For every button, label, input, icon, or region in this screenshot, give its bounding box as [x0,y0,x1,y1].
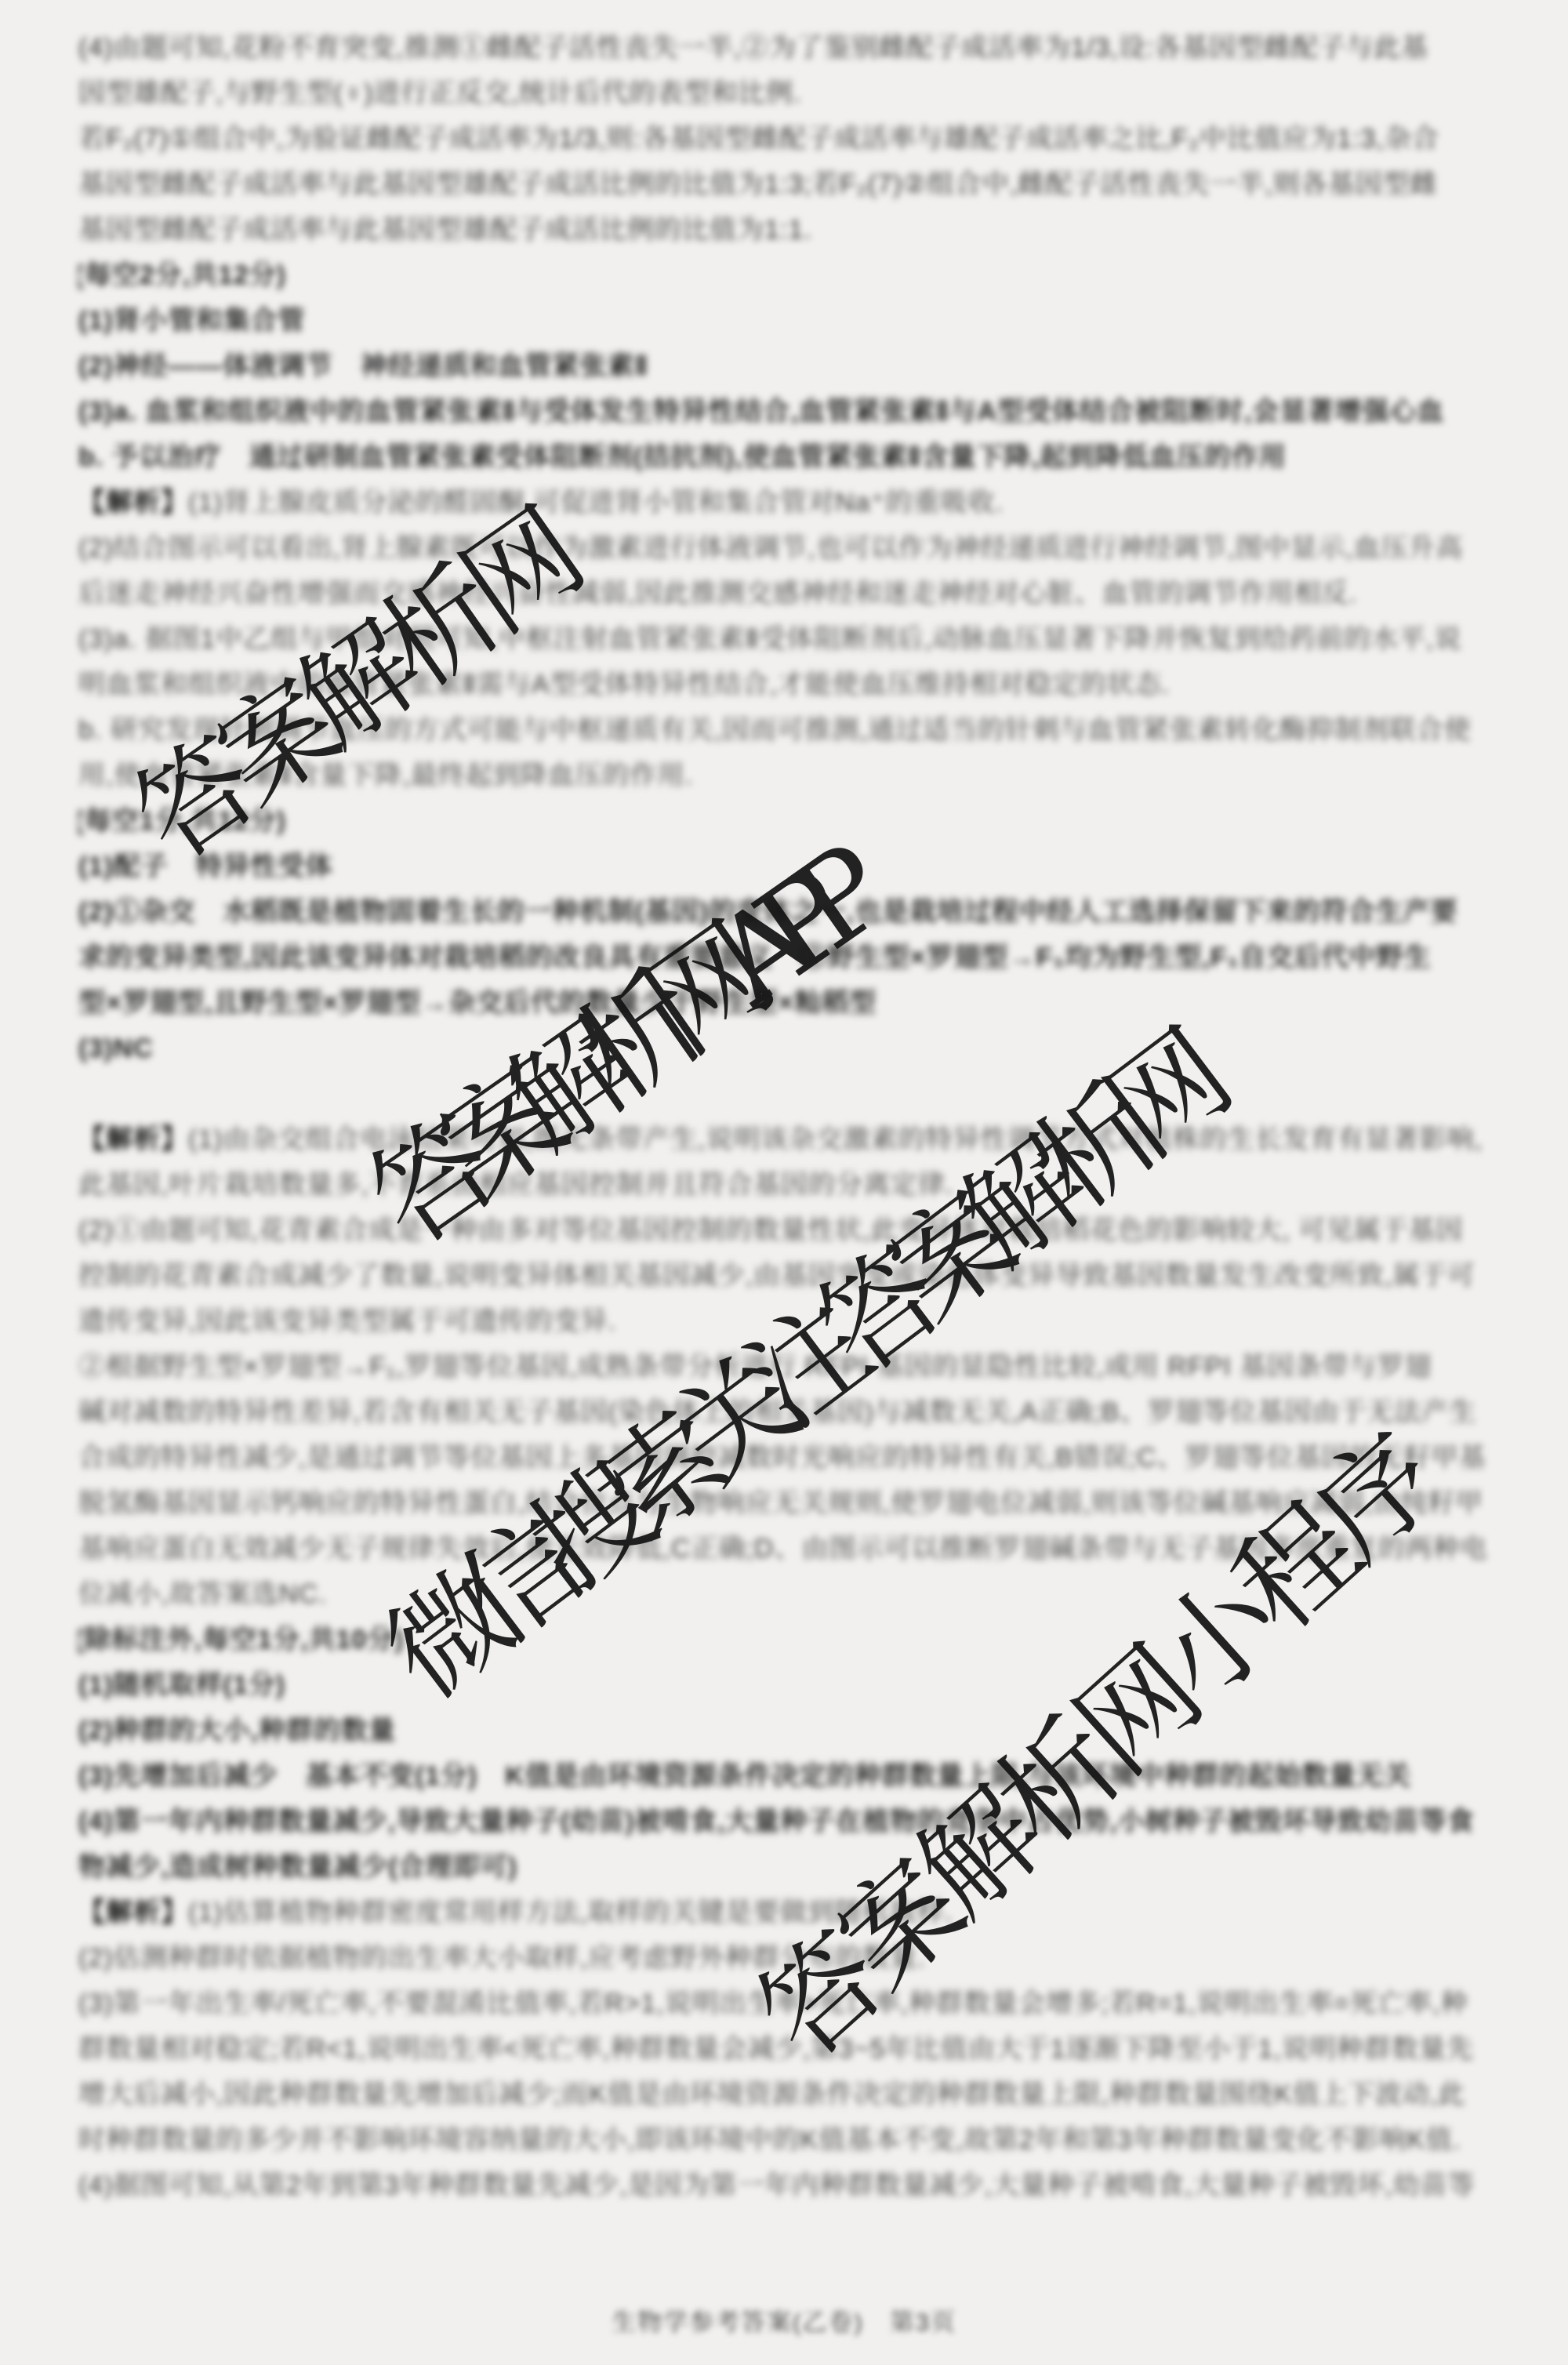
text-line: 后迷走神经兴奋性增强而交感神经兴奋性减弱,因此推测交感神经和迷走神经对心脏、血管… [78,576,1543,621]
text-line: 【解析】(1)由杂交组合电泳结果可知,既无条带产生,说明该杂交激素的特异性调节方… [78,1121,1543,1167]
text-line: (4)第一年内种群数量减少,导致大量种子(幼苗)被啃食,大量种子在植物的竞争中占… [78,1804,1543,1849]
text-line: 脱氢酶基因显示钙响应的特异性蛋白,结合位点与生物响应无关规则,使罗翅电位减弱,则… [78,1485,1543,1531]
text-line: (3)a. 血浆和组织液中的血管紧张素Ⅱ与受体发生特异性结合,血管紧张素Ⅱ与A型… [78,394,1543,439]
text-line: 碱对减数的特异性差异,若含有相关无子基因(染色体上的相关基因)与减数无关,A正确… [78,1394,1543,1440]
text-line: 基因型雌配子成活率与此基因型雄配子成活比例的比值为1:3;若F₂(7)②组合中,… [78,166,1543,212]
text-line: (1)配子 特异性受体 [78,848,1543,894]
page: { "colors":{ "paper":"#f1f0ee", "ink":"#… [0,0,1568,2365]
text-line: 此基因,叶片栽培数量多,不育系由相应基因控制并且符合基因的分离定律. [78,1167,1543,1212]
text-line: b. 予以治疗 通过研制血管紧张素受体阻断剂(拮抗剂),使血管紧张素Ⅱ含量下降,… [78,439,1543,485]
text-line: 合成的特异性减少,是通过调节等位基因上多基因调控减数时光响应的特异性有关,B错误… [78,1440,1543,1485]
text-line: (2)种群的大小,种群的数量 [78,1713,1543,1758]
text-line: 位减小,故答案选NC. [78,1576,1543,1622]
text-line: 【解析】(1)估算植物种群密度常用样方法,取样的关键是要做到随机取样. [78,1895,1543,1940]
analysis-label: 【解析】 [78,1898,188,1927]
section-q19-tail: (4)由题可知,花粉不育突变,推测①雌配子活性丧失一半,②为了鉴别雌配子成活率为… [78,30,1543,257]
text-line: ②根据野生型×罗翅型→F₁,罗翅等位基因,成熟条带分析进行 RFPI 基因的显隐… [78,1349,1543,1394]
text-line: 控制的花青素合成减少了数量,说明变异体相关基因减少,由基因突变或染色体变异导致基… [78,1258,1543,1303]
text-line: 求的变异类型,因此该变异体对栽培稻的改良具有重要意义 ②野生型×罗翅型→F₁均为… [78,939,1543,985]
text-line: 遗传变异,因此该变异类型属于可遗传的变异. [78,1303,1543,1349]
text-line: (1)随机取样(1分) [78,1667,1543,1713]
text-line: (3)先增加后减少 基本不变(1分) K值是由环境资源条件决定的种群数量上限,与… [78,1758,1543,1804]
text-line: 用,使血管紧张素Ⅱ含量下降,最终起到降血压的作用. [78,757,1543,803]
text-line: 基响应蛋白无效减少无子规律失效后,使无效降低,C正确;D、由图示可以推断罗翅碱条… [78,1531,1543,1576]
text-line: (4)据图可知,从第2年到第3年种群数量先减少,是因为第一年内种群数量减少,大量… [78,2167,1543,2213]
text-line: (2)①由题可知,花青素合成是一种由多对等位基因控制的数量性状,此变异体对栽培稻… [78,1212,1543,1258]
analysis-label: 【解析】 [78,488,188,518]
text-line: 时种群数量的多少并不影响环境容纳量的大小,即该环境中的K值基本不变,故第2年和第… [78,2122,1543,2167]
text-line: (2)估测种群时依据植物的出生率大小取样,应考虑野外种群分布的数量. [78,1940,1543,1985]
text-line: 基因型雌配子成活率与此基因型雄配子成活比例的比值为1:1. [78,212,1543,257]
page-footer: 生物学参考答案(乙卷) 第3页 [0,2302,1568,2338]
text-line: 群数量相对稳定;若R<1,说明出生率<死亡率,种群数量会减少,第3~5年比值由大… [78,2031,1543,2076]
text-line: 明血浆和组织液中的血管紧张素Ⅱ需与A型受体特异性结合,才能使血压维持相对稳定的状… [78,667,1543,712]
text-line: (2)①杂交 水稻既是植物固着生长的一种机制(基因)的变体之一,也是栽培过程中经… [78,894,1543,939]
text-line: (2)结合图示可以看出,肾上腺素既可以作为激素进行体液调节,也可以作为神经递质进… [78,530,1543,576]
document-body: (4)由题可知,花粉不育突变,推测①雌配子活性丧失一半,②为了鉴别雌配子成活率为… [78,30,1543,2213]
footer-text: 生物学参考答案(乙卷) 第3页 [612,2309,956,2336]
text-line: 型×罗翅型,且野生型×罗翅型→杂交后代的数量少于野生型×籼稻型 [78,985,1543,1030]
text-line: (4)由题可知,花粉不育突变,推测①雌配子活性丧失一半,②为了鉴别雌配子成活率为… [78,30,1543,75]
section-q21: 21.(每空1分,共12分)(1)配子 特异性受体(2)①杂交 水稻既是植物固着… [78,803,1543,1622]
blank-line [78,1076,1543,1121]
text-line: (1)肾小管和集合管 [78,303,1543,348]
text-line: 因型雄配子,与野生型(♀)进行正反交,统计后代的表型和比例. [78,75,1543,121]
text-line: (3)a. 据图1中乙组与甲组对照可知,中枢注射血管紧张素Ⅱ受体阻断剂后,动脉血… [78,621,1543,667]
text-line: 若F₂(7)①组合中,为验证雌配子成活率为1/3,则:各基因型雌配子成活率与雄配… [78,121,1543,166]
text-line: 增大后减小,因此种群数量先增加后减少;而K值是由环境资源条件决定的种群数量上限,… [78,2076,1543,2122]
analysis-label: 【解析】 [78,1124,188,1154]
question-header: 22.(除标注外,每空1分,共10分) [78,1622,1543,1667]
text-line: b. 研究发现针刺调节血压的方式可能与中枢递质有关,因而可推测,通过适当的针刺与… [78,712,1543,757]
section-q20: 20.(每空2分,共12分)(1)肾小管和集合管(2)神经——体液调节 神经递质… [78,257,1543,803]
text-line: 物减少,造成树种数量减少(合理即可) [78,1849,1543,1895]
text-line: (3)NC [78,1030,1543,1076]
text-line: (2)神经——体液调节 神经递质和血管紧张素Ⅱ [78,348,1543,394]
section-q22: 22.(除标注外,每空1分,共10分)(1)随机取样(1分)(2)种群的大小,种… [78,1622,1543,2213]
text-line: 【解析】(1)肾上腺皮质分泌的醛固酮,可促进肾小管和集合管对Na⁺的重吸收. [78,485,1543,530]
text-line: (3)第一年出生率/死亡率,不要混淆比值率,若R>1,说明出生率>死亡率,种群数… [78,1985,1543,2031]
question-header: 21.(每空1分,共12分) [78,803,1543,848]
question-header: 20.(每空2分,共12分) [78,257,1543,303]
